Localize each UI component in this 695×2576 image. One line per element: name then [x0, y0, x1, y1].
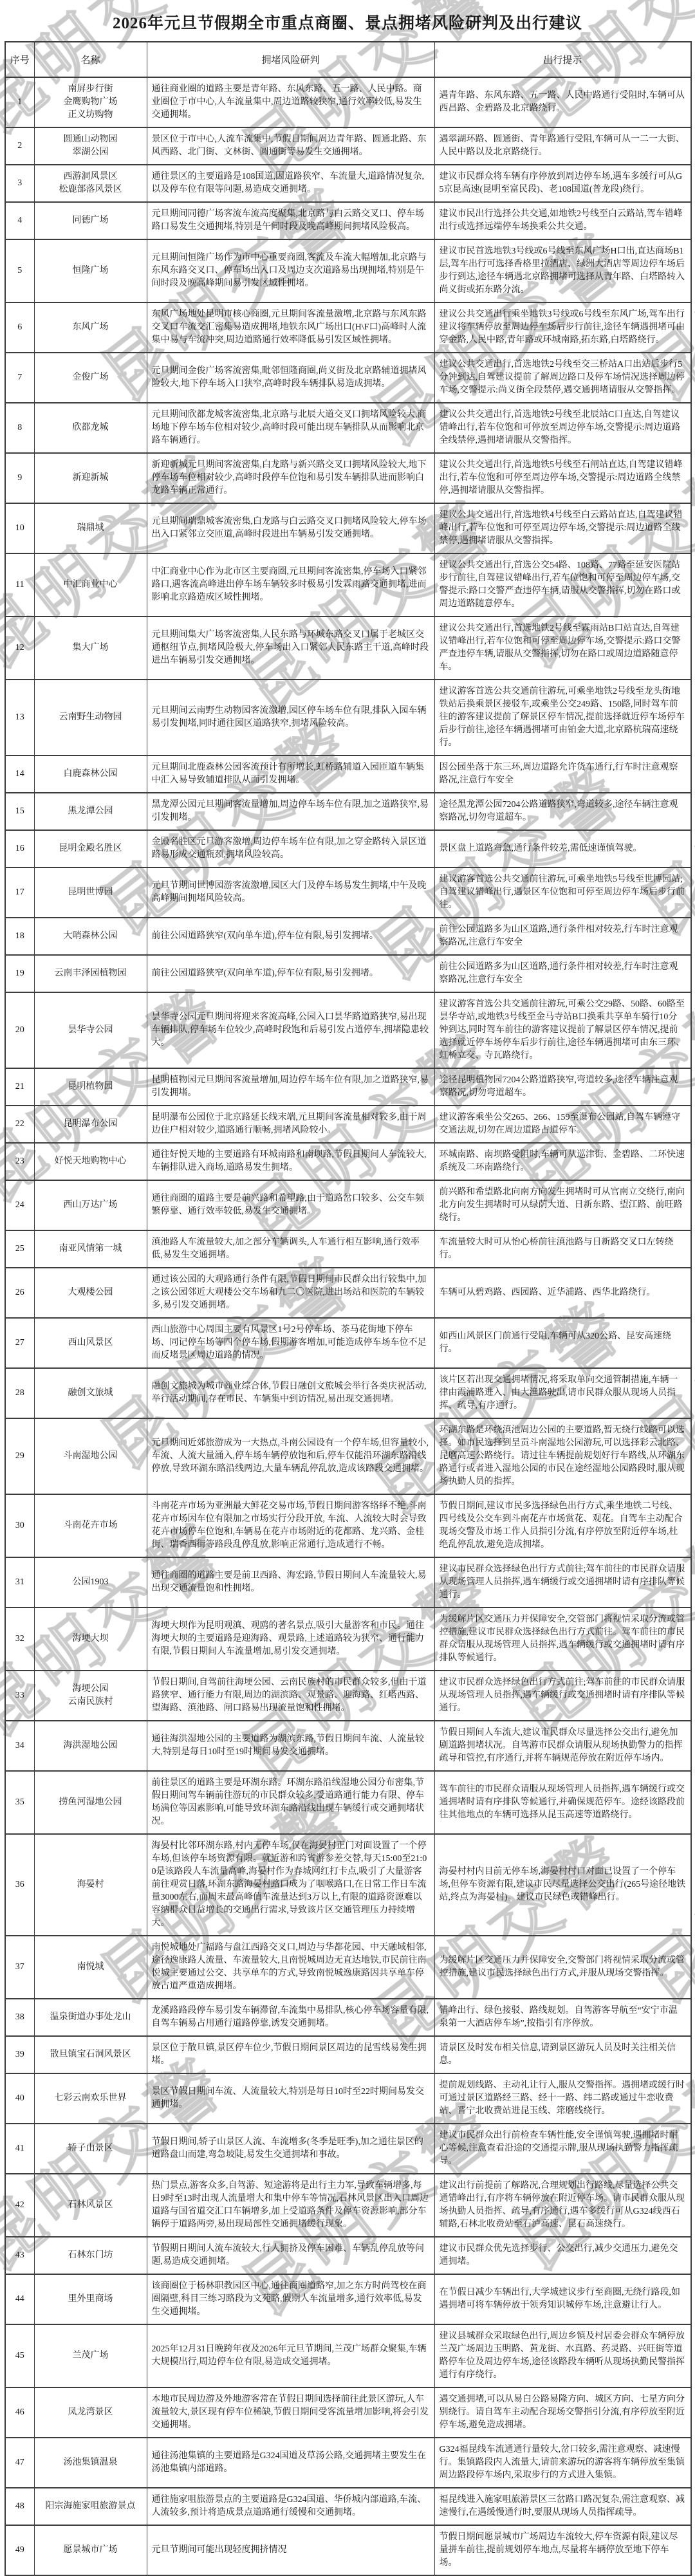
risk-assessment-cell: 通往施家咀旅游景点的主要道路是G324国道、华侨城内部道路,车流、人流较多,预计… [147, 2488, 434, 2525]
site-name-cell: 散旦镇宝石洞风景区 [34, 2036, 147, 2073]
site-name-cell: 欣都龙城 [34, 403, 147, 453]
row-number-cell: 40 [5, 2073, 34, 2124]
risk-assessment-cell: 通往海洪湿地公园的主要道路为湖滨东路,节假日期间车流、人流量较大,特别是每日10… [147, 1721, 434, 1771]
row-number-cell: 8 [5, 403, 34, 453]
table-row: 15 黑龙潭公园 黑龙潭公园元旦期间客流量增加,周边停车场车位有限,加之道路狭窄… [5, 793, 691, 830]
table-row: 41 轿子山景区 节假日期间,轿子山景区人流、车流增多(冬季是旺季),加之通往景… [5, 2124, 691, 2174]
risk-assessment-cell: 通往景区的主要道路是108国道,因道路狭窄、车流量大,道路情况复杂,以及停车位有… [147, 165, 434, 202]
row-number-cell: 31 [5, 1557, 34, 1608]
table-row: 42 石林风景区 热门景点,游客众多,自驾游、短途游将是出行主力军,导致车辆增多… [5, 2174, 691, 2237]
table-row: 36 海晏村 海晏村比邻环湖东路,村内无停车场,仅在海晏村正门对面设置了一个停车… [5, 1834, 691, 1936]
table-row: 37 南悦城 南悦城地处广福路与盘江西路交叉口,周边与华都花园、中天融域相邻,途… [5, 1936, 691, 1999]
table-row: 27 西山风景区 西山旅游中心周围主要有风景区1号2号停车场、茶马花街地下停车场… [5, 1318, 691, 1368]
travel-tips-cell: 节假日期间人车流大,建议市民群众尽量选择公交出行,避免加剧道路拥堵状况。自驾游市… [434, 1721, 691, 1771]
row-number-cell: 17 [5, 867, 34, 918]
travel-tips-cell: 建议公共交通出行,首选地铁5号线至石闸站直达,自驾建议错峰出行,若车位饱和可停至… [434, 453, 691, 503]
risk-assessment-cell: 节假日期间,轿子山景区人流、车流增多(冬季是旺季),加之通往景区的道路盘山而建,… [147, 2124, 434, 2174]
table-row: 24 西山万达广场 通往商圈的道路主要是前兴路和希望路,由于道路岔口较多、公交车… [5, 1180, 691, 1230]
travel-tips-cell: 节假日期间愿景城市广场周边车流较大,停车资源有限,建议尽量拼车前往,提前规划停车… [434, 2525, 691, 2575]
row-number-cell: 34 [5, 1721, 34, 1771]
risk-assessment-cell: 元旦期间欣都龙城客流密集,北京路与北辰大道交叉口拥堵风险较大,商场地下停车场车位… [147, 403, 434, 453]
travel-tips-cell: 前往公园道路多为山区道路,通行条件相对较差,行车时注意观察路况,注意行车安全 [434, 955, 691, 992]
table-row: 11 中汇商业中心 中汇商业中心作为北市区主要商圈,元旦期间客流密集,停车场入口… [5, 553, 691, 616]
site-name-cell: 白鹿森林公园 [34, 755, 147, 793]
risk-assessment-cell: 该商圈位于杨林职教园区中心,通往商圈道路窄,加之东方时尚驾校在商圈隔壁,科目三练… [147, 2274, 434, 2324]
table-row: 17 昆明世博园 元旦节期间世博园游客流激增,园区大门及停车场易发生拥堵,中午及… [5, 867, 691, 918]
site-name-cell: 昆明瀑布公园 [34, 1106, 147, 1143]
site-name-cell: 斗南湿地公园 [34, 1418, 147, 1494]
document-content: 2026年元旦节假期全市重点商圈、景点拥堵风险研判及出行建议 序号 名称 拥堵风… [0, 10, 695, 2576]
table-row: 23 好悦天地购物中心 通往好悦天地的主要道路有环城南路和南坝路,节假日期间人车… [5, 1143, 691, 1180]
header-row: 序号 名称 拥堵风险研判 出行提示 [5, 42, 691, 77]
travel-tips-cell: 海晏村村内目前无停车场,海晏村村口对面已设置了一个停车场,但停车资源有限,建议市… [434, 1834, 691, 1936]
table-row: 7 金俊广场 元旦期间金俊广场客流密集,毗邻恒隆商圈,尚义街及北京路辅道拥堵风险… [5, 353, 691, 403]
travel-tips-cell: 遇青年路、东风东路、五一路、人民中路通行受阻时,车辆可从西昌路、金碧路及北京路绕… [434, 77, 691, 127]
risk-assessment-cell: 龙溪路路段停车易引发车辆滞留,车流集中易排队,核心停车场容量有限,自驾车辆易占用… [147, 1999, 434, 2036]
travel-tips-cell: 建议出行前提前了解路况,合理规划出行路线,尽量选择公共交通错峰出行,有序将车辆停… [434, 2174, 691, 2237]
travel-tips-cell: 建议公共交通出行,首选地铁4号线至白云路站直达,自驾建议错峰出行,若车位饱和可停… [434, 503, 691, 553]
site-name-cell: 同德广场 [34, 202, 147, 239]
table-row: 13 云南野生动物园 元旦期间云南野生动物园客流激增,园区停车场车位有限,排队入… [5, 680, 691, 755]
table-row: 39 散旦镇宝石洞风景区 景区位于散旦镇,景区停车位少,节假日期间景区周边的昆雪… [5, 2036, 691, 2073]
row-number-cell: 20 [5, 992, 34, 1068]
risk-assessment-cell: 元旦期间集大广场客流密集,人民东路与环城东路交叉口属于老城区交通枢纽节点,拥堵风… [147, 616, 434, 680]
risk-assessment-cell: 元旦期间金俊广场客流密集,毗邻恒隆商圈,尚义街及北京路辅道拥堵风险较大,地下停车… [147, 353, 434, 403]
site-name-cell: 里外里商场 [34, 2274, 147, 2324]
site-name-cell: 公园1903 [34, 1557, 147, 1608]
travel-tips-cell: 建议市民群众优先选择步行、公交出行,减少交通压力,避免交通拥堵。 [434, 2237, 691, 2274]
risk-assessment-cell: 通往商业圈的道路主要是青年路、东风东路、五一路、人民中路。商业圈位于市中心,人车… [147, 77, 434, 127]
site-name-cell: 西山风景区 [34, 1318, 147, 1368]
travel-tips-cell: 途径昆明植物园7204公路道路狭窄,弯道较多,途径车辆注意观察路况,切勿弯道超车… [434, 1068, 691, 1106]
row-number-cell: 1 [5, 77, 34, 127]
row-number-cell: 10 [5, 503, 34, 553]
travel-tips-cell: 车辆可从碧鸡路、西园路、近华浦路、西华北路绕行。 [434, 1268, 691, 1318]
risk-assessment-cell: 东风广场地处昆明市核心商圈,元旦期间客流量激增,北京路与东风东路交叉口车流交汇密… [147, 302, 434, 353]
site-name-cell: 石林东门坊 [34, 2237, 147, 2274]
risk-assessment-cell: 昆明瀑布公园位于北京路延长线末端,元旦期间客流量相对较多,由于周边住户相对较少,… [147, 1106, 434, 1143]
risk-assessment-cell: 2025年12月31日晚跨年夜及2026年元旦节期间,兰茂广场群众聚集,车辆大规… [147, 2324, 434, 2387]
table-row: 22 昆明瀑布公园 昆明瀑布公园位于北京路延长线末端,元旦期间客流量相对较多,由… [5, 1106, 691, 1143]
travel-tips-cell: 途径黑龙潭公园7204公路道路狭窄,弯道较多,途径车辆注意观察路况,切勿弯道超车… [434, 793, 691, 830]
site-name-cell: 昆明植物园 [34, 1068, 147, 1106]
travel-tips-cell: 请景区及时发布相关信息,请到景区游玩人员及时关注相关信息。 [434, 2036, 691, 2073]
site-name-cell: 昙华寺公园 [34, 992, 147, 1068]
site-name-cell: 中汇商业中心 [34, 553, 147, 616]
table-row: 40 七彩云南欢乐世界 景区节假日期间车流、人流量较大,特别是每日10时至22时… [5, 2073, 691, 2124]
risk-assessment-cell: 热门景点,游客众多,自驾游、短途游将是出行主力军,导致车辆增多,每日9时至13时… [147, 2174, 434, 2237]
site-name-cell: 好悦天地购物中心 [34, 1143, 147, 1180]
table-row: 4 同德广场 元旦期间同德广场客流车流高度聚集,北京路与白云路交叉口、停车场路口… [5, 202, 691, 239]
table-row: 29 斗南湿地公园 元旦期间近郊旅游成为一大热点,斗南公园设有一个停车场,但容量… [5, 1418, 691, 1494]
site-name-cell: 南悦城 [34, 1936, 147, 1999]
table-row: 14 白鹿森林公园 元旦期间北鹿森林公园客流预计有所增长,虹桥路辅道入园匝道车辆… [5, 755, 691, 793]
table-row: 43 石林东门坊 节假期日期间人流车流较大,行人拥挤及停车困难、车辆乱停乱放等问… [5, 2237, 691, 2274]
site-name-cell: 昆明世博园 [34, 867, 147, 918]
row-number-cell: 36 [5, 1834, 34, 1936]
site-name-cell: 恒隆广场 [34, 239, 147, 302]
risk-assessment-cell: 本地市民周边游及外地游客常在节假日期间选择前往此景区游玩,人车流量较大,景区现有… [147, 2387, 434, 2438]
travel-tips-cell: 建议游客乘坐公交265、266、159至瀑布公园站,自驾车辆遵守交通法规,切勿在… [434, 1106, 691, 1143]
risk-assessment-cell: 前往景区的道路主要是环湖东路。环湖东路沿线湿地公园分布密集,节假日期间驾车辆前往… [147, 1771, 434, 1834]
row-number-cell: 47 [5, 2438, 34, 2488]
row-number-cell: 48 [5, 2488, 34, 2525]
risk-assessment-cell: 黑龙潭公园元旦期间客流量增加,周边停车场车位有限,加之道路狭窄,易引发拥堵。 [147, 793, 434, 830]
row-number-cell: 6 [5, 302, 34, 353]
site-name-cell: 东风广场 [34, 302, 147, 353]
travel-tips-cell: 前兴路和希望路北向南方向发生拥堵时可从官南立交绕行,南向北方向发生拥堵时可从绿荫… [434, 1180, 691, 1230]
travel-tips-cell: 建议公共交通出行,首选地铁2号线至霖雨站B口站直达,自驾建议错峰出行,若车位饱和… [434, 616, 691, 680]
col-header-tips: 出行提示 [434, 42, 691, 77]
table-row: 21 昆明植物园 昆明植物园元旦期间客流量增加,周边停车场车位有限,加之道路狭窄… [5, 1068, 691, 1106]
travel-tips-cell: 驾车前往的市民群众请服从现场管理人员指挥,遇车辆缓行或交通拥堵时请有序排队等候通… [434, 1771, 691, 1834]
travel-tips-cell: G324福昆线车流通通行量较大,岔口较多,需注意观察、减速慢行。集镇路段内人流量… [434, 2438, 691, 2488]
site-name-cell: 七彩云南欢乐世界 [34, 2073, 147, 2124]
risk-assessment-cell: 南悦城地处广福路与盘江西路交叉口,周边与华都花园、中天融域相邻,途径逸康路人流量… [147, 1936, 434, 1999]
risk-assessment-cell: 昙华寺公园元旦期间将迎来客流高峰,公园入口昙华路道路狭窄,易出现车辆排队,停车场… [147, 992, 434, 1068]
risk-assessment-cell: 元旦期间同德广场客流车流高度聚集,北京路与白云路交叉口、停车场路口易发生交通拥堵… [147, 202, 434, 239]
risk-assessment-cell: 新迎新城元旦期间客流密集,白龙路与新兴路交叉口拥堵风险较大,地下停车场车位相对较… [147, 453, 434, 503]
row-number-cell: 32 [5, 1608, 34, 1671]
table-header: 序号 名称 拥堵风险研判 出行提示 [5, 42, 691, 77]
travel-tips-cell: 环湖东路是环绕滇池周边公园的主要道路,暂无绕行线路可以选择。如市民选择到呈贡斗南… [434, 1418, 691, 1494]
site-name-cell: 海晏村 [34, 1834, 147, 1936]
travel-tips-cell: 建议公共交通出行乘坐地铁3号线或6号线至东风广场,驾车出行建议将车辆停放至周边停… [434, 302, 691, 353]
risk-assessment-cell: 元旦期间云南野生动物园客流激增,园区停车场车位有限,排队入园车辆易引发拥堵,同时… [147, 680, 434, 755]
site-name-cell: 云南丰泽园植物园 [34, 955, 147, 992]
site-name-cell: 西游洞风景区 松鹿部落风景区 [34, 165, 147, 202]
site-name-cell: 瑞鼎城 [34, 503, 147, 553]
table-row: 44 里外里商场 该商圈位于杨林职教园区中心,通往商圈道路窄,加之东方时尚驾校在… [5, 2274, 691, 2324]
table-row: 12 集大广场 元旦期间集大广场客流密集,人民东路与环城东路交叉口属于老城区交通… [5, 616, 691, 680]
travel-tips-cell: 建议市民群众选择绿色出行方式前往;驾车前往的市民群众请服从现场管理人员指挥,遇车… [434, 1557, 691, 1608]
row-number-cell: 19 [5, 955, 34, 992]
site-name-cell: 南亚风情第一城 [34, 1230, 147, 1268]
site-name-cell: 汤池集镇温泉 [34, 2438, 147, 2488]
row-number-cell: 2 [5, 127, 34, 165]
travel-tips-cell: 福昆线进入施家咀旅游景区三岔路口路况复杂,需注意观察、减速慢行,在遇缓慢通行时,… [434, 2488, 691, 2525]
table-row: 6 东风广场 东风广场地处昆明市核心商圈,元旦期间客流量激增,北京路与东风东路交… [5, 302, 691, 353]
row-number-cell: 46 [5, 2387, 34, 2438]
risk-assessment-cell: 金殿名胜区元旦游客激增,周边停车场车位有限,加之穿金路转入景区道路易形成交通瓶颈… [147, 830, 434, 867]
table-row: 47 汤池集镇温泉 通往汤池集镇的主要道路是G324国道及草汤公路,交通拥堵主要… [5, 2438, 691, 2488]
risk-assessment-cell: 通过该公园的大观路通行条件有限,节假日期间市民群众出行较集中,加之该公园邻近大观… [147, 1268, 434, 1318]
travel-tips-cell: 建议市民出行选择公共交通,如地铁2号线至白云路站,驾车错峰出行或选择远端停车场换… [434, 202, 691, 239]
table-row: 30 斗南花卉市场 斗南花卉市场为亚洲最大鲜花交易市场,节假日期间游客络绎不绝,… [5, 1494, 691, 1557]
table-row: 8 欣都龙城 元旦期间欣都龙城客流密集,北京路与北辰大道交叉口拥堵风险较大,商场… [5, 403, 691, 453]
table-row: 45 兰茂广场 2025年12月31日晚跨年夜及2026年元旦节期间,兰茂广场群… [5, 2324, 691, 2387]
table-row: 38 温泉街道办事处龙山 龙溪路路段停车易引发车辆滞留,车流集中易排队,核心停车… [5, 1999, 691, 2036]
table-row: 26 大观楼公园 通过该公园的大观路通行条件有限,节假日期间市民群众出行较集中,… [5, 1268, 691, 1318]
travel-tips-cell: 建议游客首选公共交通前往游玩,可乘坐地铁2号线至龙头街地铁站后换乘景区接驳车,或… [434, 680, 691, 755]
travel-tips-cell: 在节假日减少车辆出行,大学城建议步行至商圈,无绕行路段,如遇拥堵可将车辆停放于领… [434, 2274, 691, 2324]
risk-assessment-cell: 元旦期间恒隆广场作为市中心重要商圈,客流及车流大幅增加,北京路与东风东路交叉口、… [147, 239, 434, 302]
table-row: 5 恒隆广场 元旦期间恒隆广场作为市中心重要商圈,客流及车流大幅增加,北京路与东… [5, 239, 691, 302]
row-number-cell: 11 [5, 553, 34, 616]
travel-tips-cell: 建议游客首选公共交通前往游玩,可乘坐地铁5号线至世博园站;自驾建议错峰出行,遇景… [434, 867, 691, 918]
site-name-cell: 黑龙潭公园 [34, 793, 147, 830]
travel-tips-cell: 遇交通拥堵,可以从易白公路易隆方向、城区方向、七星方向分别绕行。请自驾车主动配合… [434, 2387, 691, 2438]
table-row: 33 海埂公园 云南民族村 节假日期间,自驾前往海埂公园、云南民族村的市民群众较… [5, 1671, 691, 1721]
row-number-cell: 25 [5, 1230, 34, 1268]
site-name-cell: 石林风景区 [34, 2174, 147, 2237]
row-number-cell: 18 [5, 918, 34, 955]
risk-assessment-cell: 元旦期间瑞鼎城客流密集,白龙路与白云路交叉口拥堵风险较大,停车场出入口紧邻立交匝… [147, 503, 434, 553]
risk-assessment-cell: 中汇商业中心作为北市区主要商圈,元旦期间客流密集,停车场入口紧邻路口,遇客流高峰… [147, 553, 434, 616]
risk-assessment-cell: 通往好悦天地的主要道路有环城南路和南坝路,节假日期间人车流较大,车辆排队进入商场… [147, 1143, 434, 1180]
site-name-cell: 海洪湿地公园 [34, 1721, 147, 1771]
table-row: 28 融创文旅城 融创文旅城为城市商业综合体,节假日融创文旅城会举行各类庆祝活动… [5, 1368, 691, 1418]
table-row: 2 圆通山动物园 翠湖公园 景区位于市中心,人流车流集中,节假日期间周边青年路、… [5, 127, 691, 165]
site-name-cell: 昆明金殿名胜区 [34, 830, 147, 867]
document-page: 昆明交警昆明交警昆明交警昆明交警昆明交警昆明交警昆明交警昆明交警昆明交警昆明交警… [0, 0, 695, 2576]
risk-assessment-cell: 斗南花卉市场为亚洲最大鲜花交易市场,节假日期间游客络绎不绝,斗南花卉市场因车位有… [147, 1494, 434, 1557]
row-number-cell: 39 [5, 2036, 34, 2073]
site-name-cell: 南屏步行街 金鹰购物广场 正义坊购物 [34, 77, 147, 127]
col-header-risk: 拥堵风险研判 [147, 42, 434, 77]
site-name-cell: 海埂大坝 [34, 1608, 147, 1671]
travel-tips-cell: 提前规划线路、主动礼让行人,服从交警指挥。遇拥堵或缓行时可通过景区道路经三路、经… [434, 2073, 691, 2124]
travel-tips-cell: 建议市民群众出行前检查车辆性能,安全谨慎驾驶,遇拥堵时耐心等候,注意查看沿途的交… [434, 2124, 691, 2174]
table-row: 32 海埂大坝 海埂大坝作为昆明观滇、观鸥的著名景点,吸引大量游客和市民。通往海… [5, 1608, 691, 1671]
row-number-cell: 14 [5, 755, 34, 793]
risk-assessment-cell: 景区位于散旦镇,景区停车位少,节假日期间景区周边的昆雪线易发生拥堵。 [147, 2036, 434, 2073]
table-row: 31 公园1903 通往商圈的道路主要是前卫西路、海宏路,节假日期间人车流量较大… [5, 1557, 691, 1608]
site-name-cell: 阳宗海施家咀旅游景点 [34, 2488, 147, 2525]
col-header-name: 名称 [34, 42, 147, 77]
advisory-table: 序号 名称 拥堵风险研判 出行提示 1 南屏步行街 金鹰购物广场 正义坊购物 通… [5, 41, 692, 2576]
risk-assessment-cell: 通往商圈的道路主要是前卫西路、海宏路,节假日期间人车流量较大,易出现交通流量饱和… [147, 1557, 434, 1608]
table-row: 49 愿景城市广场 元旦节期间可能出现轻度拥挤情况 节假日期间愿景城市广场周边车… [5, 2525, 691, 2575]
site-name-cell: 海埂公园 云南民族村 [34, 1671, 147, 1721]
risk-assessment-cell: 景区位于市中心,人流车流集中,节假日期间周边青年路、圆通北路、东风西路、北门街、… [147, 127, 434, 165]
row-number-cell: 30 [5, 1494, 34, 1557]
site-name-cell: 斗南花卉市场 [34, 1494, 147, 1557]
table-row: 3 西游洞风景区 松鹿部落风景区 通往景区的主要道路是108国道,因道路狭窄、车… [5, 165, 691, 202]
row-number-cell: 13 [5, 680, 34, 755]
row-number-cell: 37 [5, 1936, 34, 1999]
travel-tips-cell: 错峰出行、绿色接驳、路线规划。自驾游客导航至“安宁市温泉第一大酒店停车场”,按指… [434, 1999, 691, 2036]
risk-assessment-cell: 通往商圈的道路主要是前兴路和希望路,由于道路岔口较多、公交车频繁停靠、通行效率较… [147, 1180, 434, 1230]
table-row: 46 凤龙湾景区 本地市民周边游及外地游客常在节假日期间选择前往此景区游玩,人车… [5, 2387, 691, 2438]
risk-assessment-cell: 融创文旅城为城市商业综合体,节假日融创文旅城会举行各类庆祝活动,举行活动期间,存… [147, 1368, 434, 1418]
row-number-cell: 12 [5, 616, 34, 680]
travel-tips-cell: 建议公共交通出行,首选地铁2号线至交三桥站A口出站后步行5分钟到达,自驾建议提前… [434, 353, 691, 403]
travel-tips-cell: 建议游客首选公共交通前往游玩,可乘公交29路、50路、60路至昙华寺站,或地铁3… [434, 992, 691, 1068]
row-number-cell: 42 [5, 2174, 34, 2237]
site-name-cell: 集大广场 [34, 616, 147, 680]
table-body: 1 南屏步行街 金鹰购物广场 正义坊购物 通往商业圈的道路主要是青年路、东风东路… [5, 77, 691, 2575]
row-number-cell: 29 [5, 1418, 34, 1494]
travel-tips-cell: 该片区若出现交通拥堵情况,将采取单向交通管制措施,车辆一律由霞浦路进入、由大渔路… [434, 1368, 691, 1418]
row-number-cell: 45 [5, 2324, 34, 2387]
travel-tips-cell: 因公园坐落于东三环,周边道路允许货车通行,行车时注意观察路况,注意行车安全 [434, 755, 691, 793]
risk-assessment-cell: 元旦期间北鹿森林公园客流预计有所增长,虹桥路辅道入园匝道车辆集中汇入易导致辅道排… [147, 755, 434, 793]
row-number-cell: 4 [5, 202, 34, 239]
row-number-cell: 5 [5, 239, 34, 302]
site-name-cell: 愿景城市广场 [34, 2525, 147, 2575]
site-name-cell: 圆通山动物园 翠湖公园 [34, 127, 147, 165]
site-name-cell: 大观楼公园 [34, 1268, 147, 1318]
row-number-cell: 35 [5, 1771, 34, 1834]
col-header-no: 序号 [5, 42, 34, 77]
travel-tips-cell: 建议市民群众将车辆有序停放到周边停车场,遇车多缓行可从G5京昆高速(昆明至富民段… [434, 165, 691, 202]
table-row: 20 昙华寺公园 昙华寺公园元旦期间将迎来客流高峰,公园入口昙华路道路狭窄,易出… [5, 992, 691, 1068]
table-row: 25 南亚风情第一城 滇池路人车流量较大,加之部分车辆调头,人车通行相互影响,通… [5, 1230, 691, 1268]
row-number-cell: 26 [5, 1268, 34, 1318]
travel-tips-cell: 为缓解片区交通压力并保障安全,交管部门将视情采取分流或管控措施,建议市民群众选择… [434, 1608, 691, 1671]
risk-assessment-cell: 元旦节期间世博园游客流激增,园区大门及停车场易发生拥堵,中午及晚高峰期间拥堵风险… [147, 867, 434, 918]
table-row: 48 阳宗海施家咀旅游景点 通往施家咀旅游景点的主要道路是G324国道、华侨城内… [5, 2488, 691, 2525]
travel-tips-cell: 建议县城群众采取绿色出行,周边乡镇及村居委会群众车辆停放兰茂广场周边玉明路、黄龙… [434, 2324, 691, 2387]
travel-tips-cell: 建议公共交通出行,首选公交54路、108路、77路至延安医院站步行前往,自驾建议… [434, 553, 691, 616]
risk-assessment-cell: 滇池路人车流量较大,加之部分车辆调头,人车通行相互影响,通行效率低,易发生交通拥… [147, 1230, 434, 1268]
row-number-cell: 44 [5, 2274, 34, 2324]
row-number-cell: 3 [5, 165, 34, 202]
table-row: 19 云南丰泽园植物园 前往公园道路狭窄(双向单车道),停车位有限,易引发拥堵。… [5, 955, 691, 992]
site-name-cell: 凤龙湾景区 [34, 2387, 147, 2438]
table-row: 16 昆明金殿名胜区 金殿名胜区元旦游客激增,周边停车场车位有限,加之穿金路转入… [5, 830, 691, 867]
travel-tips-cell: 节假日期间,建议市民多选择绿色出行方式,乘坐地铁二号线、四号线及公交车到斗南花卉… [434, 1494, 691, 1557]
row-number-cell: 7 [5, 353, 34, 403]
risk-assessment-cell: 节假日期间,自驾前往海埂公园、云南民族村的市民群众较多,但由于道路狭窄、通行能力… [147, 1671, 434, 1721]
table-row: 9 新迎新城 新迎新城元旦期间客流密集,白龙路与新兴路交叉口拥堵风险较大,地下停… [5, 453, 691, 503]
table-row: 35 捞鱼河湿地公园 前往景区的道路主要是环湖东路。环湖东路沿线湿地公园分布密集… [5, 1771, 691, 1834]
site-name-cell: 新迎新城 [34, 453, 147, 503]
site-name-cell: 兰茂广场 [34, 2324, 147, 2387]
travel-tips-cell: 如西山风景区门前通行受阻,车辆可从320公路、昆安高速绕行。 [434, 1318, 691, 1368]
site-name-cell: 大哨森林公园 [34, 918, 147, 955]
site-name-cell: 捞鱼河湿地公园 [34, 1771, 147, 1834]
site-name-cell: 融创文旅城 [34, 1368, 147, 1418]
travel-tips-cell: 景区盘上道路弯急,通行条件较差,需低速谨慎驾驶。 [434, 830, 691, 867]
travel-tips-cell: 建议市民首选地铁3号线或6号线至东风广场H口出,直达商场B1层,驾车出行可选择香… [434, 239, 691, 302]
row-number-cell: 27 [5, 1318, 34, 1368]
risk-assessment-cell: 前往公园道路狭窄(双向单车道),停车位有限,易引发拥堵。 [147, 955, 434, 992]
risk-assessment-cell: 西山旅游中心周围主要有风景区1号2号停车场、茶马花街地下停车场、同记停车场等四个… [147, 1318, 434, 1368]
travel-tips-cell: 建议市民群众选择绿色出行方式前往;驾车前往的市民群众请服从现场管理人员指挥,遇车… [434, 1671, 691, 1721]
site-name-cell: 云南野生动物园 [34, 680, 147, 755]
site-name-cell: 温泉街道办事处龙山 [34, 1999, 147, 2036]
travel-tips-cell: 为缓解片区交通压力并保障安全,交警部门将视情采取分流或管控措施,建议市民选择绿色… [434, 1936, 691, 1999]
travel-tips-cell: 环城南路、南坝路受阻时,车辆可从巡津街、金碧路、二环快速系统及二环南路绕行。 [434, 1143, 691, 1180]
row-number-cell: 24 [5, 1180, 34, 1230]
travel-tips-cell: 建议公共交通出行,首选地铁2号线至北辰站C口直达,自驾建议错峰出行,若车位饱和可… [434, 403, 691, 453]
row-number-cell: 38 [5, 1999, 34, 2036]
row-number-cell: 41 [5, 2124, 34, 2174]
row-number-cell: 23 [5, 1143, 34, 1180]
travel-tips-cell: 遇翠湖环路、圆通街、青年路通行受阻,车辆可从一二一大街、人民中路以及北京路绕行。 [434, 127, 691, 165]
row-number-cell: 28 [5, 1368, 34, 1418]
risk-assessment-cell: 海埂大坝作为昆明观滇、观鸥的著名景点,吸引大量游客和市民。通往海埂大坝的主要道路… [147, 1608, 434, 1671]
risk-assessment-cell: 节假期日期间人流车流较大,行人拥挤及停车困难、车辆乱停乱放等问题,易造成交通拥堵… [147, 2237, 434, 2274]
risk-assessment-cell: 景区节假日期间车流、人流量较大,特别是每日10时至22时期间易发交通拥堵。 [147, 2073, 434, 2124]
table-row: 1 南屏步行街 金鹰购物广场 正义坊购物 通往商业圈的道路主要是青年路、东风东路… [5, 77, 691, 127]
row-number-cell: 21 [5, 1068, 34, 1106]
travel-tips-cell: 车流量较大时可从怡心桥前往滇池路与日新路交叉口左转绕行。 [434, 1230, 691, 1268]
row-number-cell: 15 [5, 793, 34, 830]
page-title: 2026年元旦节假期全市重点商圈、景点拥堵风险研判及出行建议 [6, 10, 689, 33]
table-row: 18 大哨森林公园 前往公园道路狭窄(双向单车道),停车位有限,易引发拥堵。 前… [5, 918, 691, 955]
table-row: 34 海洪湿地公园 通往海洪湿地公园的主要道路为湖滨东路,节假日期间车流、人流量… [5, 1721, 691, 1771]
travel-tips-cell: 前往公园道路多为山区道路,通行条件相对较差,行车时注意观察路况,注意行车安全 [434, 918, 691, 955]
table-row: 10 瑞鼎城 元旦期间瑞鼎城客流密集,白龙路与白云路交叉口拥堵风险较大,停车场出… [5, 503, 691, 553]
risk-assessment-cell: 前往公园道路狭窄(双向单车道),停车位有限,易引发拥堵。 [147, 918, 434, 955]
site-name-cell: 西山万达广场 [34, 1180, 147, 1230]
risk-assessment-cell: 通往汤池集镇的主要道路是G324国道及草汤公路,交通拥堵主要发生在汤池集镇内部道… [147, 2438, 434, 2488]
row-number-cell: 33 [5, 1671, 34, 1721]
site-name-cell: 轿子山景区 [34, 2124, 147, 2174]
site-name-cell: 金俊广场 [34, 353, 147, 403]
row-number-cell: 43 [5, 2237, 34, 2274]
row-number-cell: 9 [5, 453, 34, 503]
row-number-cell: 49 [5, 2525, 34, 2575]
risk-assessment-cell: 元旦期间近郊旅游成为一大热点,斗南公园设有一个停车场,但容量较小,车流、人流大量… [147, 1418, 434, 1494]
risk-assessment-cell: 元旦节期间可能出现轻度拥挤情况 [147, 2525, 434, 2575]
row-number-cell: 22 [5, 1106, 34, 1143]
risk-assessment-cell: 海晏村比邻环湖东路,村内无停车场,仅在海晏村正门对面设置了一个停车场,但该停车场… [147, 1834, 434, 1936]
risk-assessment-cell: 昆明植物园元旦期间客流量增加,周边停车场车位有限,加之道路狭窄,易引发拥堵。 [147, 1068, 434, 1106]
row-number-cell: 16 [5, 830, 34, 867]
